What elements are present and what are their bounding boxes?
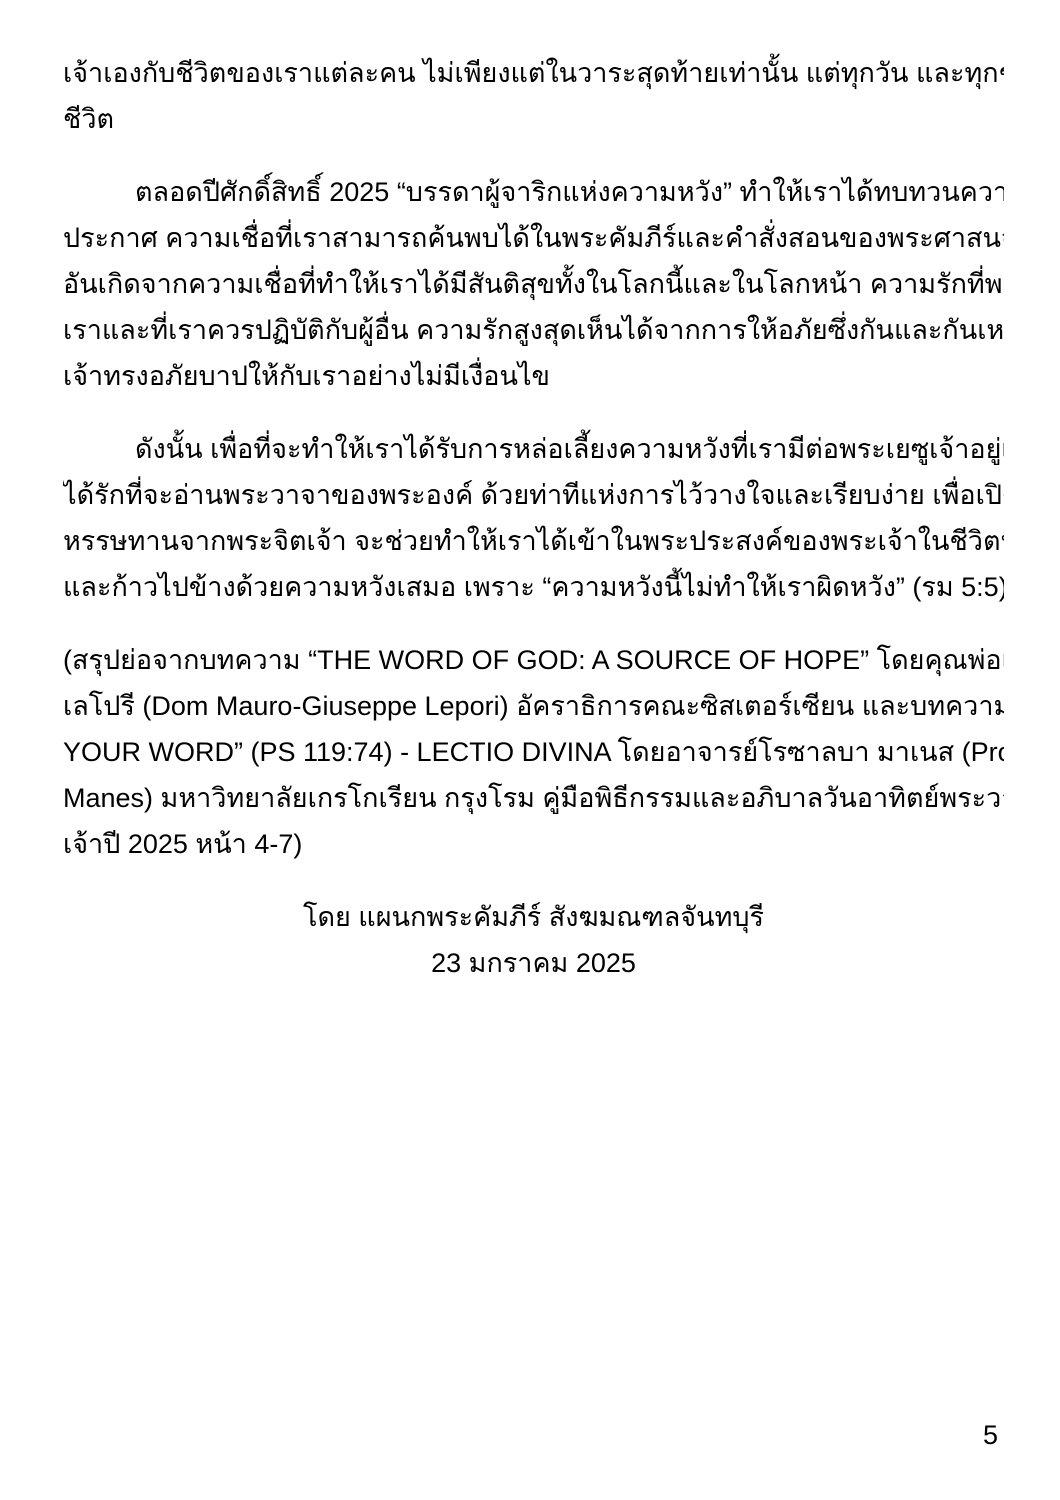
paragraph-line: ได้รักที่จะอ่านพระวาจาของพระองค์ ด้วยท่า…: [63, 472, 1004, 518]
paragraph: ตลอดปีศักดิ์สิทธิ์ 2025 “บรรดาผู้จาริกแห…: [63, 169, 1004, 399]
paragraph: ดังนั้น เพื่อที่จะทำให้เราได้รับการหล่อเ…: [63, 426, 1004, 610]
paragraph-line: หรรษทานจากพระจิตเจ้า จะช่วยทำให้เราได้เข…: [63, 518, 1004, 564]
paragraph-line: YOUR WORD” (PS 119:74) - LECTIO DIVINA โ…: [63, 729, 1004, 775]
paragraph-line: (สรุปย่อจากบทความ “THE WORD OF GOD: A SO…: [63, 637, 1004, 683]
paragraph-line: เลโปรี (Dom Mauro-Giuseppe Lepori) อัครา…: [63, 683, 1004, 729]
closing-block: โดย แผนกพระคัมภีร์ สังฆมณฑลจันทบุรี 23 ม…: [63, 894, 1004, 986]
paragraph: เจ้าเองกับชีวิตของเราแต่ละคน ไม่เพียงแต่…: [63, 50, 1004, 142]
document-page: เจ้าเองกับชีวิตของเราแต่ละคน ไม่เพียงแต่…: [0, 0, 1060, 1500]
paragraph-line: อันเกิดจากความเชื่อที่ทำให้เราได้มีสันติ…: [63, 261, 1004, 307]
date-line: 23 มกราคม 2025: [63, 940, 1004, 986]
paragraph-line: เจ้าเองกับชีวิตของเราแต่ละคน ไม่เพียงแต่…: [63, 50, 1004, 96]
paragraph-line: เจ้าทรงอภัยบาปให้กับเราอย่างไม่มีเงื่อนไ…: [63, 353, 1004, 399]
byline: โดย แผนกพระคัมภีร์ สังฆมณฑลจันทบุรี: [63, 894, 1004, 940]
paragraph-line: และก้าวไปข้างด้วยความหวังเสมอ เพราะ “ควา…: [63, 564, 1004, 610]
paragraph-line: Manes) มหาวิทยาลัยเกรโกเรียน กรุงโรม คู่…: [63, 775, 1004, 821]
page-number: 5: [983, 1420, 998, 1450]
document-body: เจ้าเองกับชีวิตของเราแต่ละคน ไม่เพียงแต่…: [63, 50, 1004, 986]
paragraphs-container: เจ้าเองกับชีวิตของเราแต่ละคน ไม่เพียงแต่…: [63, 50, 1004, 867]
paragraph-line: เราและที่เราควรปฏิบัติกับผู้อื่น ความรัก…: [63, 307, 1004, 353]
paragraph-line: ตลอดปีศักดิ์สิทธิ์ 2025 “บรรดาผู้จาริกแห…: [63, 169, 1004, 215]
paragraph-line: ดังนั้น เพื่อที่จะทำให้เราได้รับการหล่อเ…: [63, 426, 1004, 472]
paragraph-line: ประกาศ ความเชื่อที่เราสามารถค้นพบได้ในพร…: [63, 215, 1004, 261]
paragraph-line: เจ้าปี 2025 หน้า 4-7): [63, 821, 1004, 867]
paragraph-line: ชีวิต: [63, 96, 1004, 142]
paragraph: (สรุปย่อจากบทความ “THE WORD OF GOD: A SO…: [63, 637, 1004, 867]
